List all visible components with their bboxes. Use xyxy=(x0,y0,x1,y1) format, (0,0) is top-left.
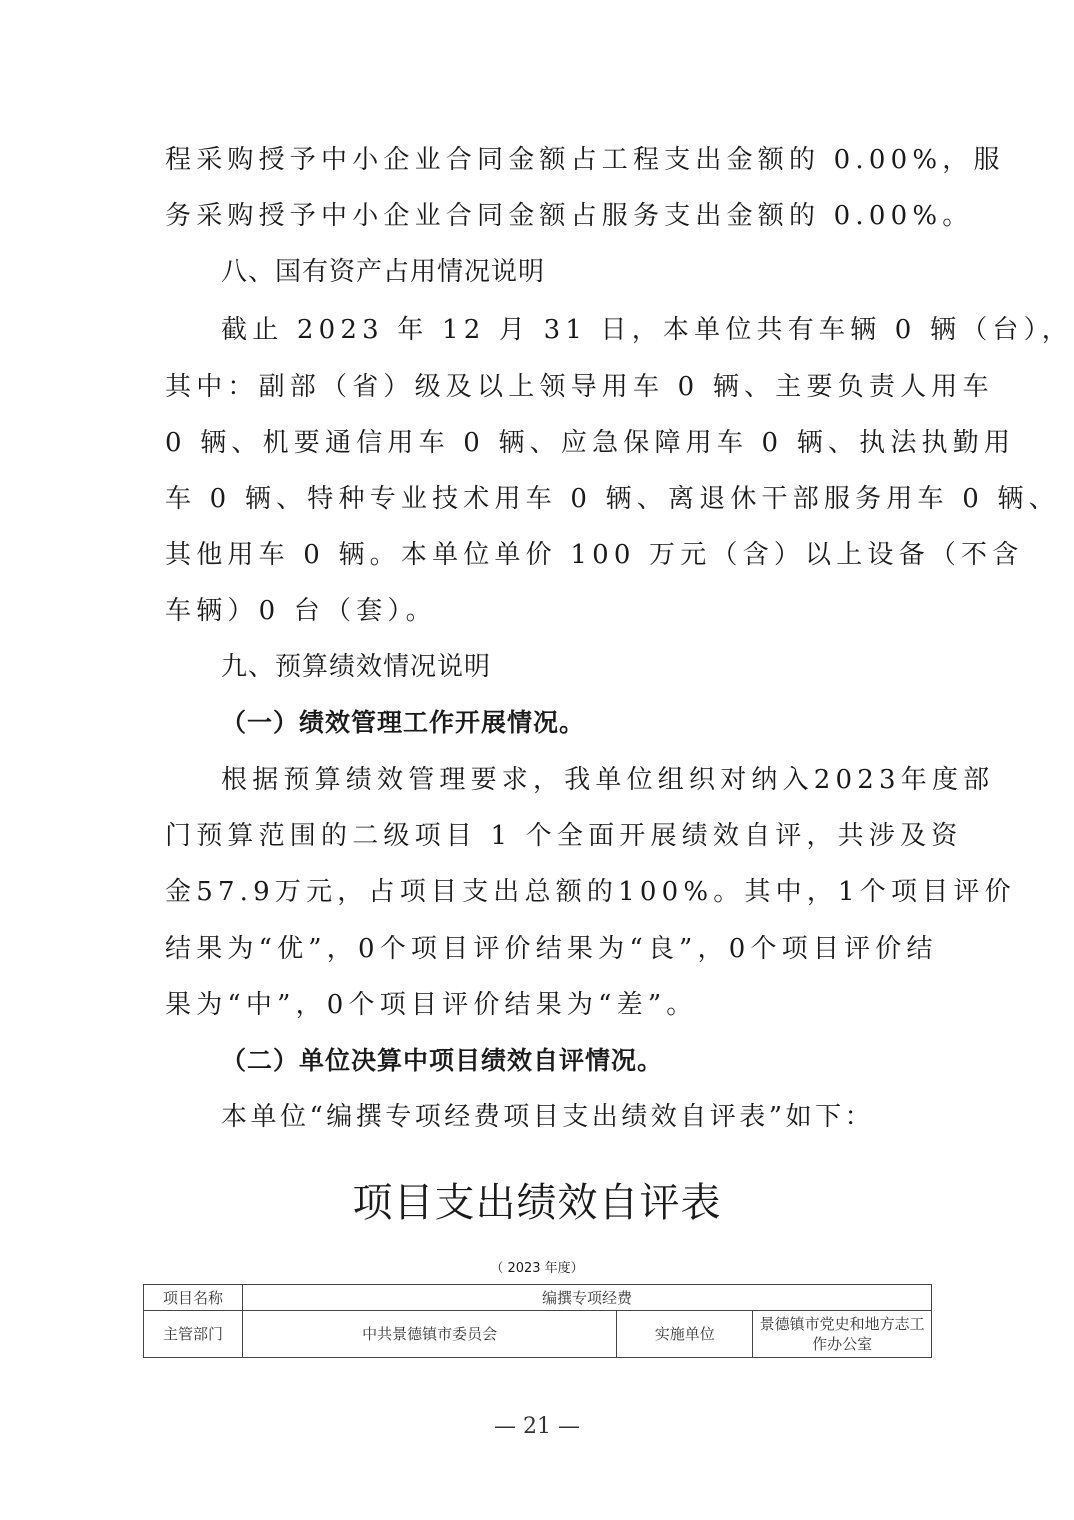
body-text-line: 务采购授予中小企业合同金额占服务支出金额的 0.00%。 xyxy=(165,199,915,233)
body-text-line: 结果为“优”，0个项目评价结果为“良”，0个项目评价结 xyxy=(165,932,915,966)
body-text-line: 截止 2023 年 12 月 31 日，本单位共有车辆 0 辆（台）， xyxy=(221,313,971,347)
body-text-line: 根据预算绩效管理要求，我单位组织对纳入2023年度部 xyxy=(221,763,971,797)
body-text-line: 门预算范围的二级项目 1 个全面开展绩效自评，共涉及资 xyxy=(165,819,915,853)
section-heading-9: 九、预算绩效情况说明 xyxy=(221,650,971,684)
body-text-line: 0 辆、机要通信用车 0 辆、应急保障用车 0 辆、执法执勤用 xyxy=(165,426,915,460)
table-cell-label: 项目名称 xyxy=(144,1285,243,1311)
body-text-line: 本单位“编撰专项经费项目支出绩效自评表”如下： xyxy=(221,1100,971,1134)
subsection-heading-1: （一）绩效管理工作开展情况。 xyxy=(221,706,971,740)
section-heading-8: 八、国有资产占用情况说明 xyxy=(221,255,971,289)
subsection-heading-2: （二）单位决算中项目绩效自评情况。 xyxy=(221,1044,971,1078)
body-text-line: 车辆）0 台（套）。 xyxy=(165,594,915,628)
table-row: 主管部门 中共景德镇市委员会 实施单位 景德镇市党史和地方志工作办公室 xyxy=(144,1311,932,1358)
table-cell-value: 中共景德镇市委员会 xyxy=(242,1311,616,1358)
table-cell-label: 实施单位 xyxy=(617,1311,753,1358)
table-cell-value: 编撰专项经费 xyxy=(242,1285,931,1311)
table-row: 项目名称 编撰专项经费 xyxy=(144,1285,932,1311)
body-text-line: 其中：副部（省）级及以上领导用车 0 辆、主要负责人用车 xyxy=(165,370,915,404)
page-number: — 21 — xyxy=(0,1412,1074,1442)
table-title: 项目支出绩效自评表 xyxy=(0,1175,1074,1231)
table-year: （ 2023 年度） xyxy=(0,1260,1074,1278)
body-text-line: 车 0 辆、特种专业技术用车 0 辆、离退休干部服务用车 0 辆、 xyxy=(165,482,915,516)
body-text-line: 程采购授予中小企业合同金额占工程支出金额的 0.00%，服 xyxy=(165,143,915,177)
table-cell-value: 景德镇市党史和地方志工作办公室 xyxy=(753,1311,932,1358)
body-text-line: 其他用车 0 辆。本单位单价 100 万元（含）以上设备（不含 xyxy=(165,538,915,572)
body-text-line: 金57.9万元，占项目支出总额的100%。其中，1个项目评价 xyxy=(165,875,915,909)
table-cell-label: 主管部门 xyxy=(144,1311,243,1358)
performance-table: 项目名称 编撰专项经费 主管部门 中共景德镇市委员会 实施单位 景德镇市党史和地… xyxy=(143,1284,932,1358)
body-text-line: 果为“中”，0个项目评价结果为“差”。 xyxy=(165,988,915,1022)
